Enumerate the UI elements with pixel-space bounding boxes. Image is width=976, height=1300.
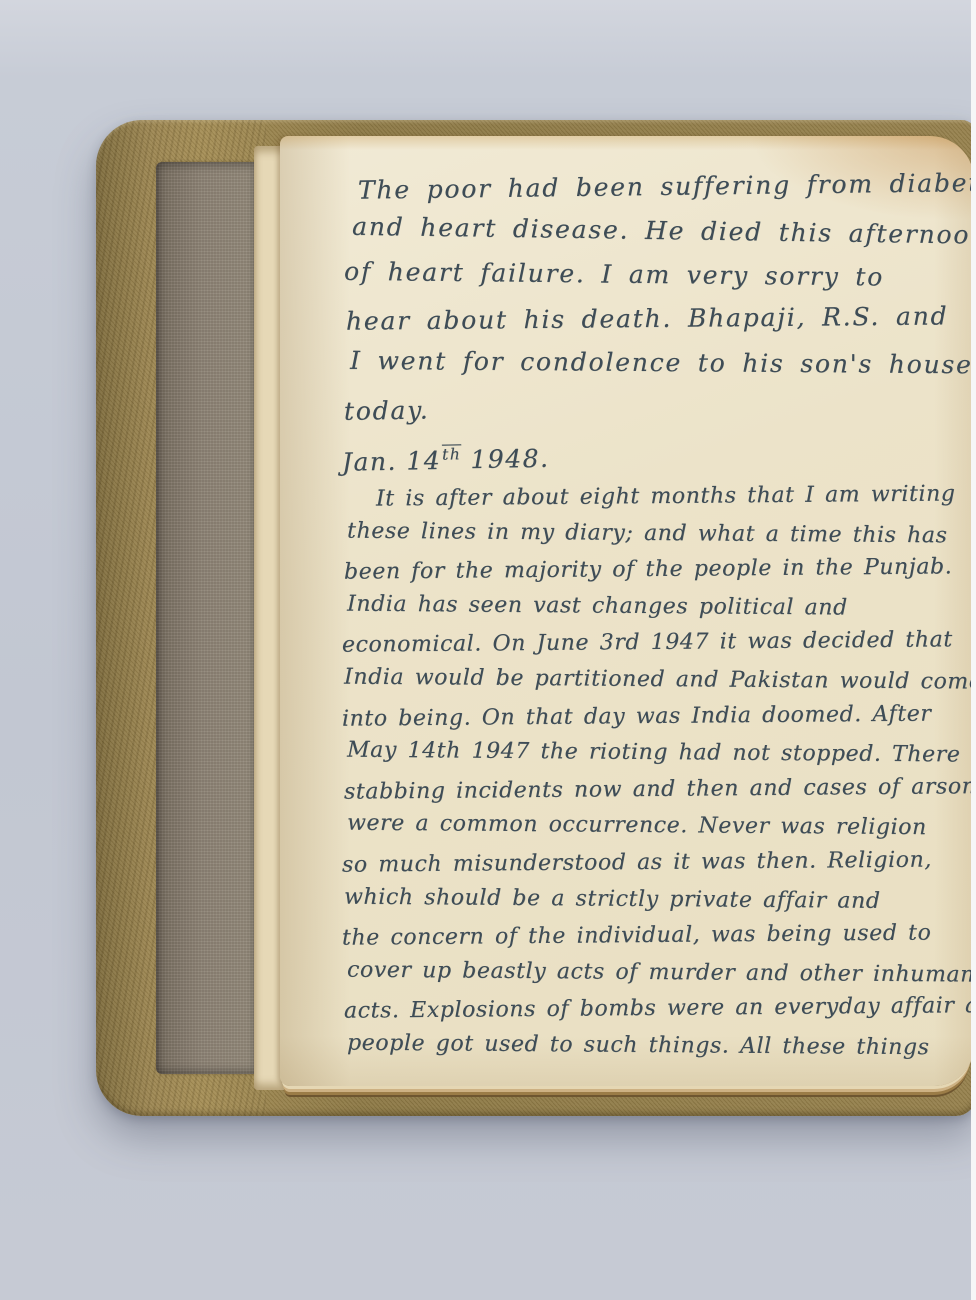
diary-line: and heart disease. He died this afternoo… xyxy=(352,212,957,264)
handwritten-text: The poor had been suffering from diabete… xyxy=(280,136,974,1086)
diary-line: the concern of the individual, was being… xyxy=(342,920,956,962)
diary-line: India would be partitioned and Pakistan … xyxy=(344,665,956,706)
photo-border-strip xyxy=(971,0,976,1300)
entry-date-year: 1948. xyxy=(470,444,550,474)
diary-entry-continuation: The poor had been suffering from diabete… xyxy=(342,172,956,436)
diary-line: cover up beastly acts of murder and othe… xyxy=(347,957,956,998)
diary-line: into being. On that day was India doomed… xyxy=(342,701,956,743)
diary-line: The poor had been suffering from diabete… xyxy=(358,168,956,219)
diary-line: today. xyxy=(344,387,957,441)
diary-line: economical. On June 3rd 1947 it was deci… xyxy=(342,628,956,670)
diary-line: so much misunderstood as it was then. Re… xyxy=(342,847,956,889)
diary-entry-jan-14-1948: It is after about eight months that I am… xyxy=(342,484,956,1070)
diary-line: hear about his death. Bhapaji, R.S. and xyxy=(346,301,956,350)
diary-line: which should be a strictly private affai… xyxy=(344,884,956,925)
diary-line: these lines in my diary; and what a time… xyxy=(347,518,956,559)
diary-line: people got used to such things. All thes… xyxy=(347,1031,956,1072)
diary-line: India has seen vast changes political an… xyxy=(347,591,956,632)
entry-date-ordinal: th xyxy=(442,445,462,463)
entry-date-day: Jan. 14 xyxy=(342,446,442,477)
diary-line: acts. Explosions of bombs were an everyd… xyxy=(344,994,956,1036)
diary-line: been for the majority of the people in t… xyxy=(344,555,956,597)
diary-line: May 14th 1947 the rioting had not stoppe… xyxy=(347,738,956,779)
diary-photograph: The poor had been suffering from diabete… xyxy=(0,0,976,1300)
spine-cloth-lining xyxy=(156,162,256,1074)
diary-page: The poor had been suffering from diabete… xyxy=(280,136,974,1086)
diary-line: It is after about eight months that I am… xyxy=(376,481,956,523)
diary-line: stabbing incidents now and then and case… xyxy=(344,774,956,816)
diary-line: were a common occurrence. Never was reli… xyxy=(347,811,956,852)
diary-line: of heart failure. I am very sorry to xyxy=(344,257,956,307)
diary-line: I went for condolence to his son's house xyxy=(350,346,956,394)
diary-book: The poor had been suffering from diabete… xyxy=(96,120,976,1116)
